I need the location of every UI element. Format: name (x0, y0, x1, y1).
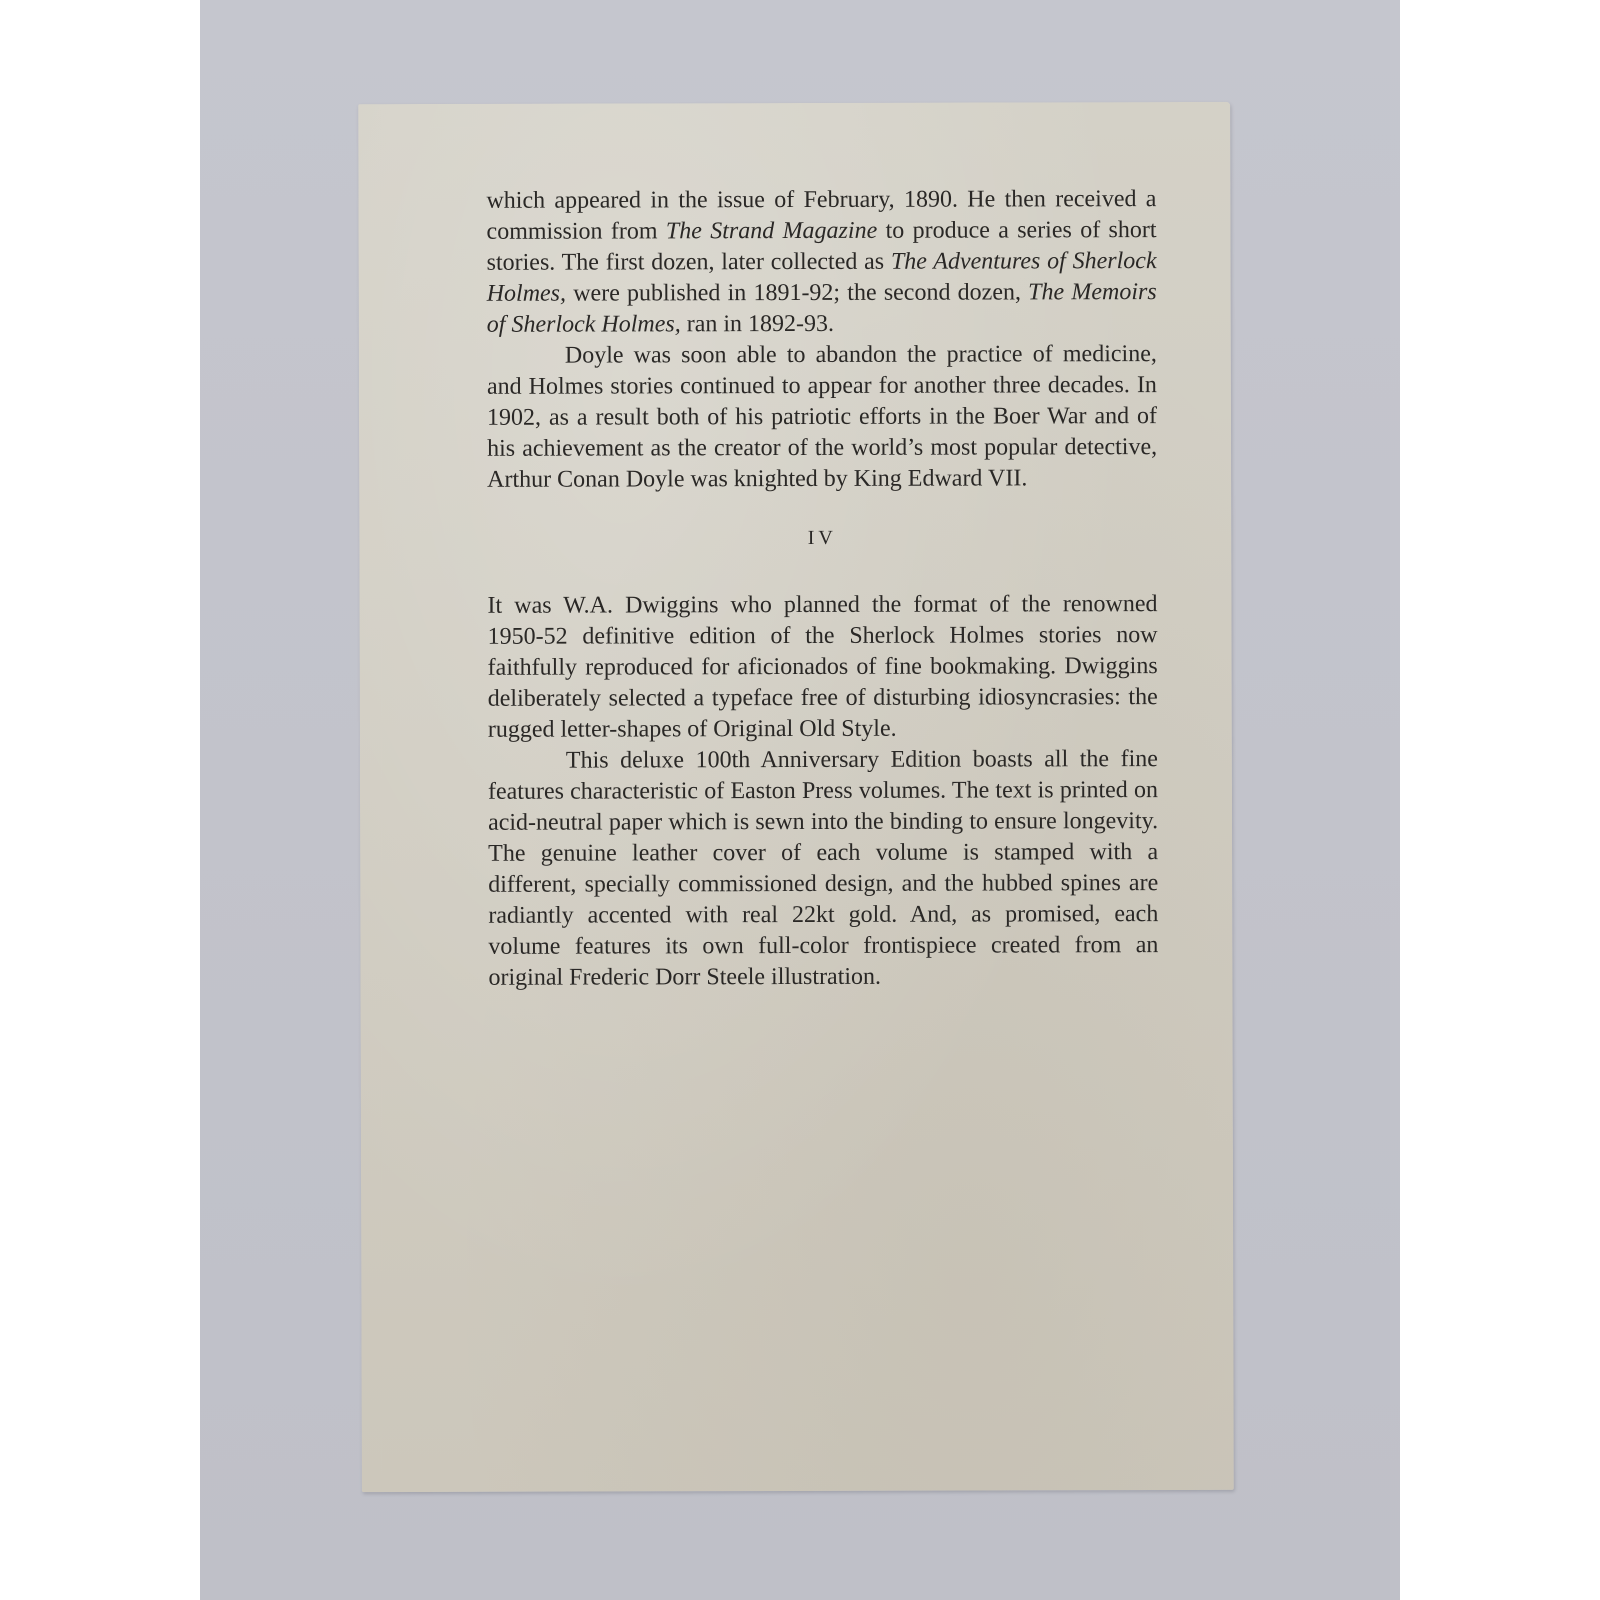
text-run: This deluxe 100th Anniversary Edition bo… (488, 746, 1158, 991)
paragraph: This deluxe 100th Anniversary Edition bo… (488, 744, 1159, 994)
book-page: which appeared in the issue of February,… (358, 102, 1234, 1492)
section-heading: IV (487, 522, 1157, 555)
text-run: ran in 1892-93. (681, 311, 834, 337)
italic-title: The Strand Magazine (666, 218, 877, 245)
section-iii-continuation: which appeared in the issue of February,… (486, 184, 1157, 496)
text-run: Doyle was soon able to abandon the pract… (487, 341, 1157, 493)
section-iv: It was W.A. Dwiggins who planned the for… (487, 589, 1158, 994)
text-run: were published in 1891-92; the second do… (566, 279, 1028, 306)
paragraph: which appeared in the issue of February,… (486, 184, 1156, 341)
text-run: It was W.A. Dwiggins who planned the for… (487, 591, 1157, 743)
page-body: which appeared in the issue of February,… (486, 184, 1158, 994)
paragraph: Doyle was soon able to abandon the pract… (487, 339, 1157, 496)
paragraph: It was W.A. Dwiggins who planned the for… (487, 589, 1157, 746)
